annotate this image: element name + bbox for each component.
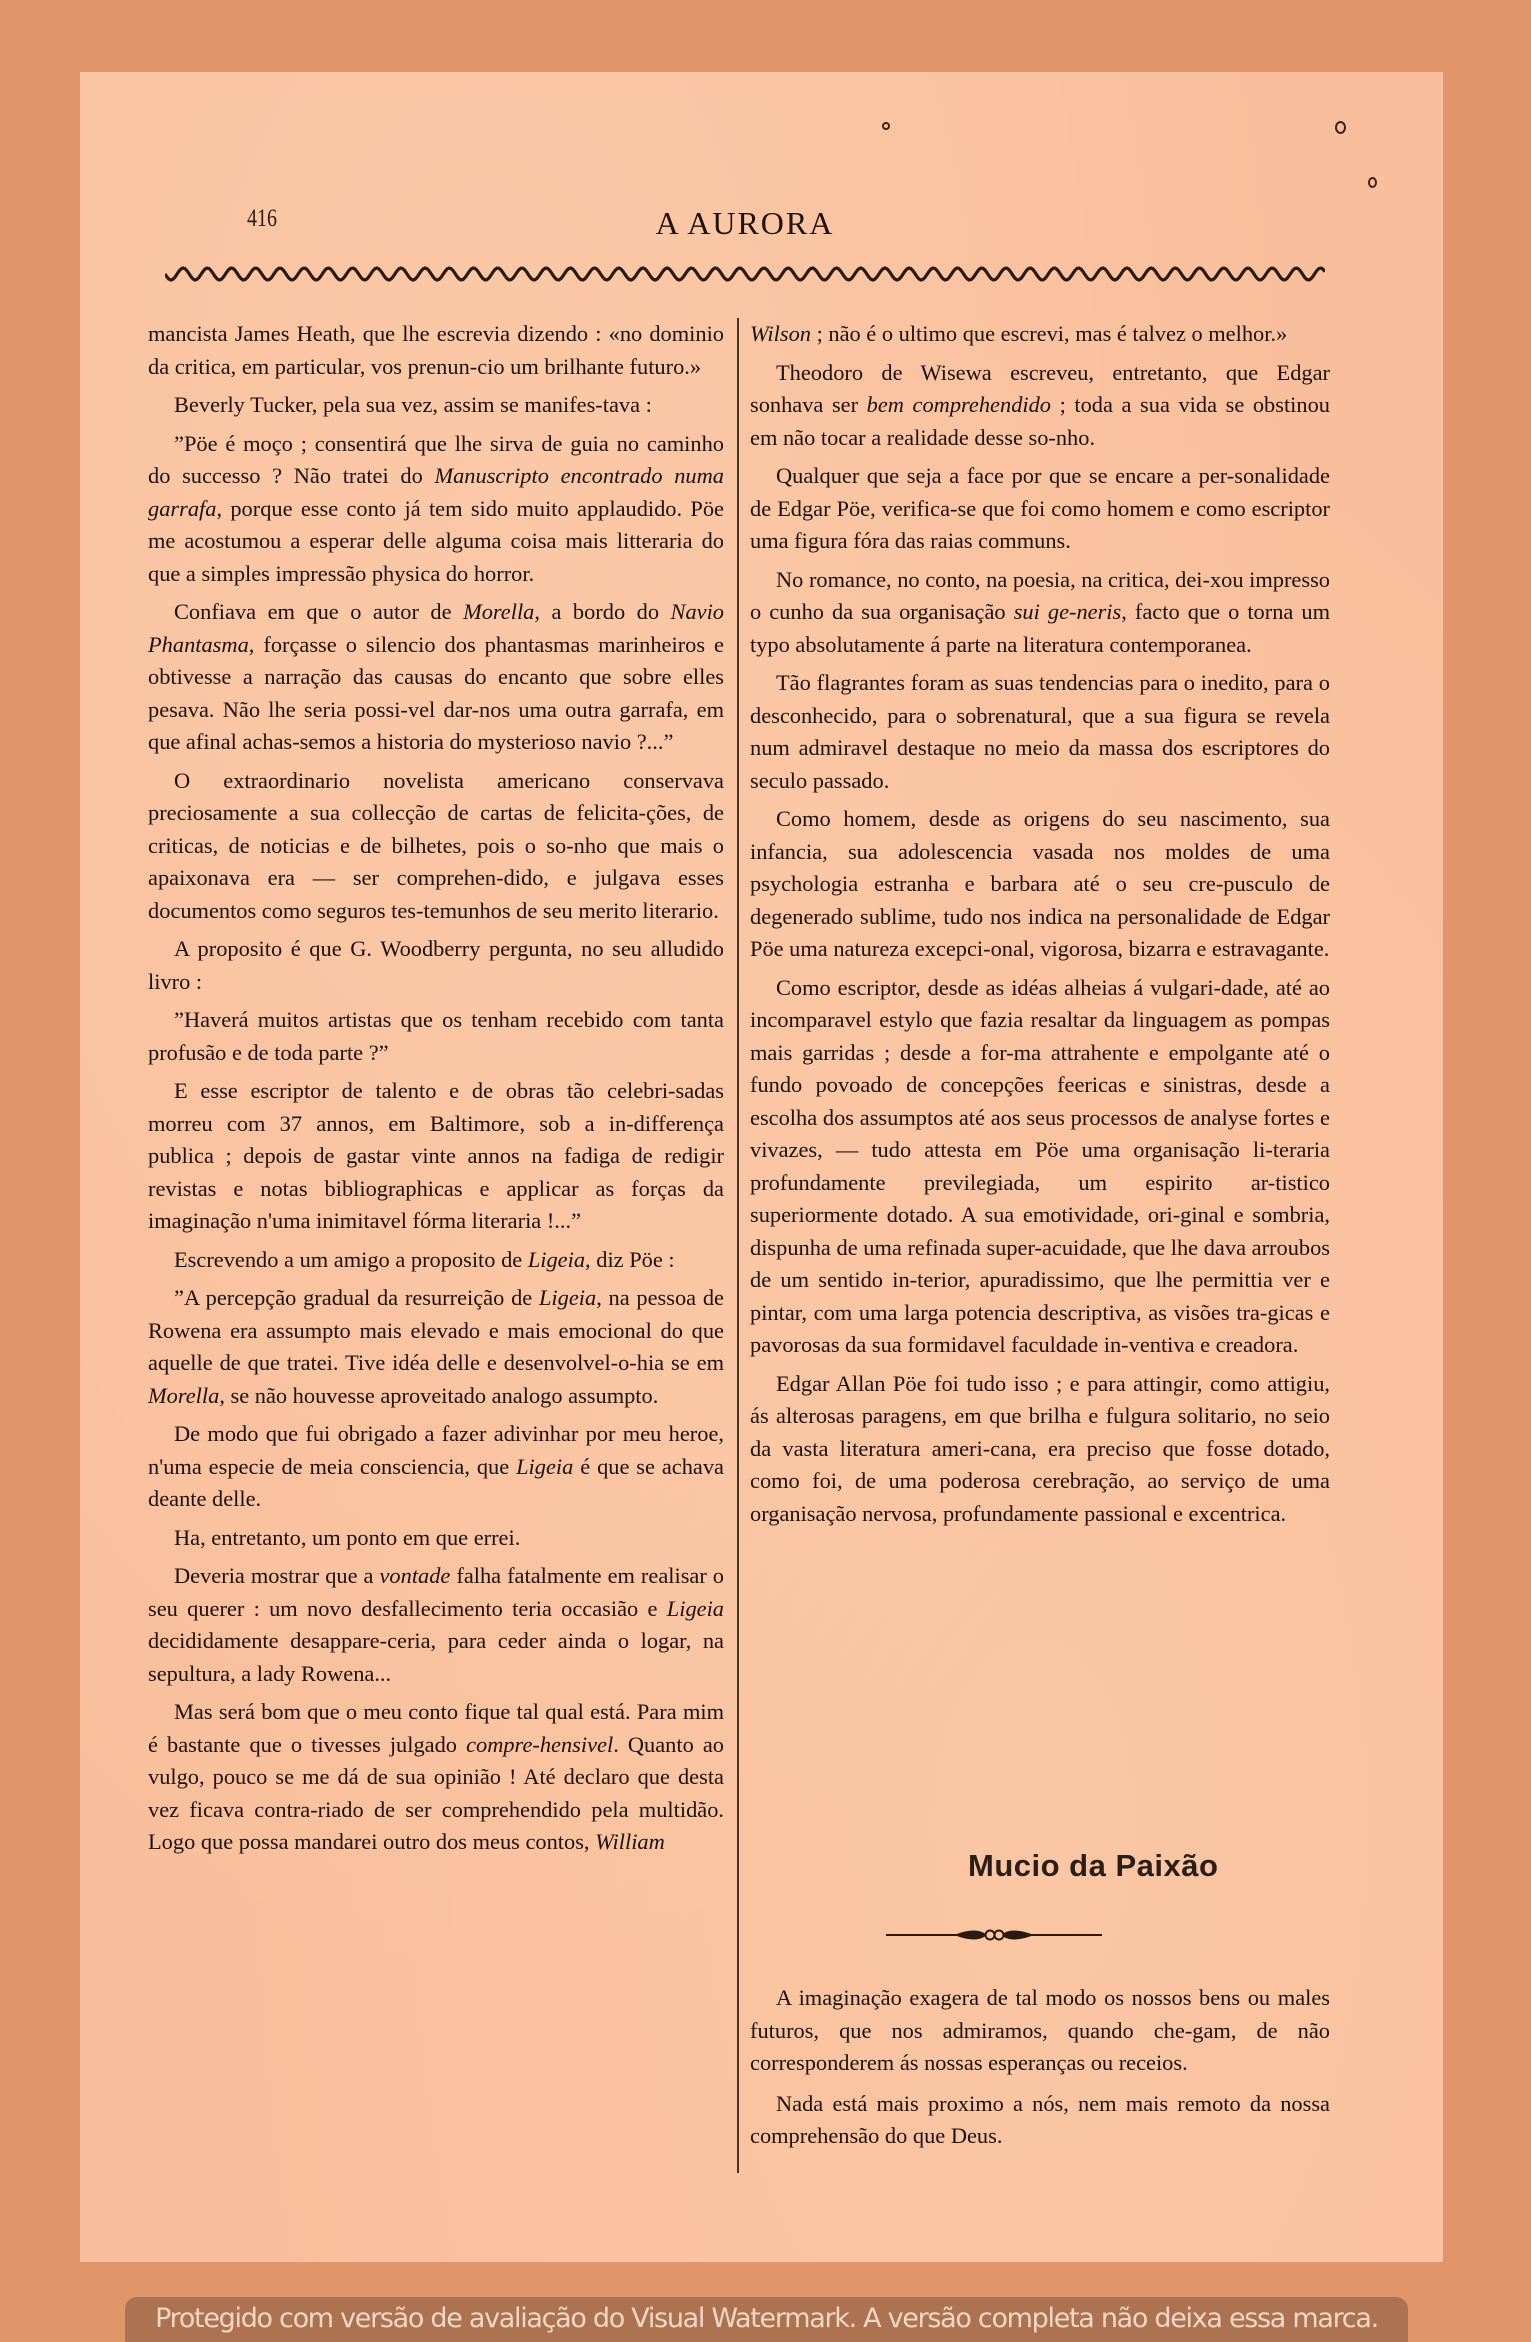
text-run: decididamente desappare-ceria, para cede… — [148, 1628, 724, 1686]
text-run: Escrevendo a um amigo a proposito de — [174, 1247, 528, 1272]
article-paragraph: Como homem, desde as origens do seu nasc… — [750, 803, 1330, 966]
article-paragraph: ”A percepção gradual da resurreição de L… — [148, 1282, 724, 1412]
italic-title: Morella — [148, 1383, 219, 1408]
page-header: 416 A AURORA — [165, 205, 1325, 245]
right-column: Wilson ; não é o ultimo que escrevi, mas… — [750, 318, 1330, 1536]
article-paragraph: Beverly Tucker, pela sua vez, assim se m… — [148, 389, 724, 422]
article-paragraph: ”Haverá muitos artistas que os tenham re… — [148, 1004, 724, 1069]
italic-title: William — [595, 1829, 665, 1854]
article-paragraph: Theodoro de Wisewa escreveu, entretanto,… — [750, 357, 1330, 455]
italic-title: bem comprehendido — [867, 392, 1051, 417]
text-run: , diz Pöe : — [585, 1247, 675, 1272]
article-paragraph: Tão flagrantes foram as suas tendencias … — [750, 667, 1330, 797]
article-paragraph: Edgar Allan Pöe foi tudo isso ; e para a… — [750, 1368, 1330, 1531]
article-paragraph: E esse escriptor de talento e de obras t… — [148, 1075, 724, 1238]
italic-title: Ligeia — [516, 1454, 573, 1479]
text-run: , porque esse conto já tem sido muito ap… — [148, 496, 724, 586]
article-paragraph: Escrevendo a um amigo a proposito de Lig… — [148, 1244, 724, 1277]
italic-title: sui ge-neris — [1014, 599, 1122, 624]
text-run: ”A percepção gradual da resurreição de — [174, 1285, 539, 1310]
wavy-rule-icon — [165, 262, 1325, 286]
article-paragraph: De modo que fui obrigado a fazer adivinh… — [148, 1418, 724, 1516]
article-paragraph: A proposito é que G. Woodberry pergunta,… — [148, 933, 724, 998]
article-paragraph: O extraordinario novelista americano con… — [148, 765, 724, 928]
article-paragraph: Como escriptor, desde as idéas alheias á… — [750, 972, 1330, 1362]
text-run: Confiava em que o autor de — [174, 599, 463, 624]
article-paragraph: Confiava em que o autor de Morella, a bo… — [148, 596, 724, 759]
article-paragraph: Deveria mostrar que a vontade falha fata… — [148, 1560, 724, 1690]
italic-title: Ligeia — [539, 1285, 596, 1310]
italic-title: Morella — [463, 599, 534, 624]
article-paragraph: Mas será bom que o meu conto fique tal q… — [148, 1696, 724, 1859]
italic-title: Ligeia — [667, 1596, 724, 1621]
article-paragraph: No romance, no conto, na poesia, na crit… — [750, 564, 1330, 662]
column-divider — [737, 318, 739, 2173]
text-run: , se não houvesse aproveitado analogo as… — [219, 1383, 658, 1408]
article-paragraph: Qualquer que seja a face por que se enca… — [750, 460, 1330, 558]
journal-title: A AURORA — [165, 205, 1325, 242]
author-signature: Mucio da Paixão — [968, 1848, 1218, 1884]
watermark-notice: Protegido com versão de avaliação do Vis… — [125, 2297, 1408, 2342]
italic-title: compre-hensivel — [466, 1732, 613, 1757]
article-paragraph: Ha, entretanto, um ponto em que errei. — [148, 1522, 724, 1555]
article-paragraph: mancista James Heath, que lhe escrevia d… — [148, 318, 724, 383]
maxim-paragraph: A imaginação exagera de tal modo os noss… — [750, 1982, 1330, 2080]
maxim-paragraph: Nada está mais proximo a nós, nem mais r… — [750, 2088, 1330, 2153]
left-column: mancista James Heath, que lhe escrevia d… — [148, 318, 724, 1865]
italic-title: Wilson — [750, 321, 811, 346]
maxims-section: A imaginação exagera de tal modo os noss… — [750, 1982, 1330, 2161]
fleuron-rule-icon — [886, 1923, 1102, 1947]
italic-title: Ligeia — [528, 1247, 585, 1272]
italic-title: vontade — [379, 1563, 450, 1588]
text-run: , a bordo do — [534, 599, 670, 624]
text-run: ; não é o ultimo que escrevi, mas é talv… — [811, 321, 1287, 346]
article-paragraph: ”Pöe é moço ; consentirá que lhe sirva d… — [148, 428, 724, 591]
text-run: Deveria mostrar que a — [174, 1563, 379, 1588]
article-paragraph: Wilson ; não é o ultimo que escrevi, mas… — [750, 318, 1330, 351]
